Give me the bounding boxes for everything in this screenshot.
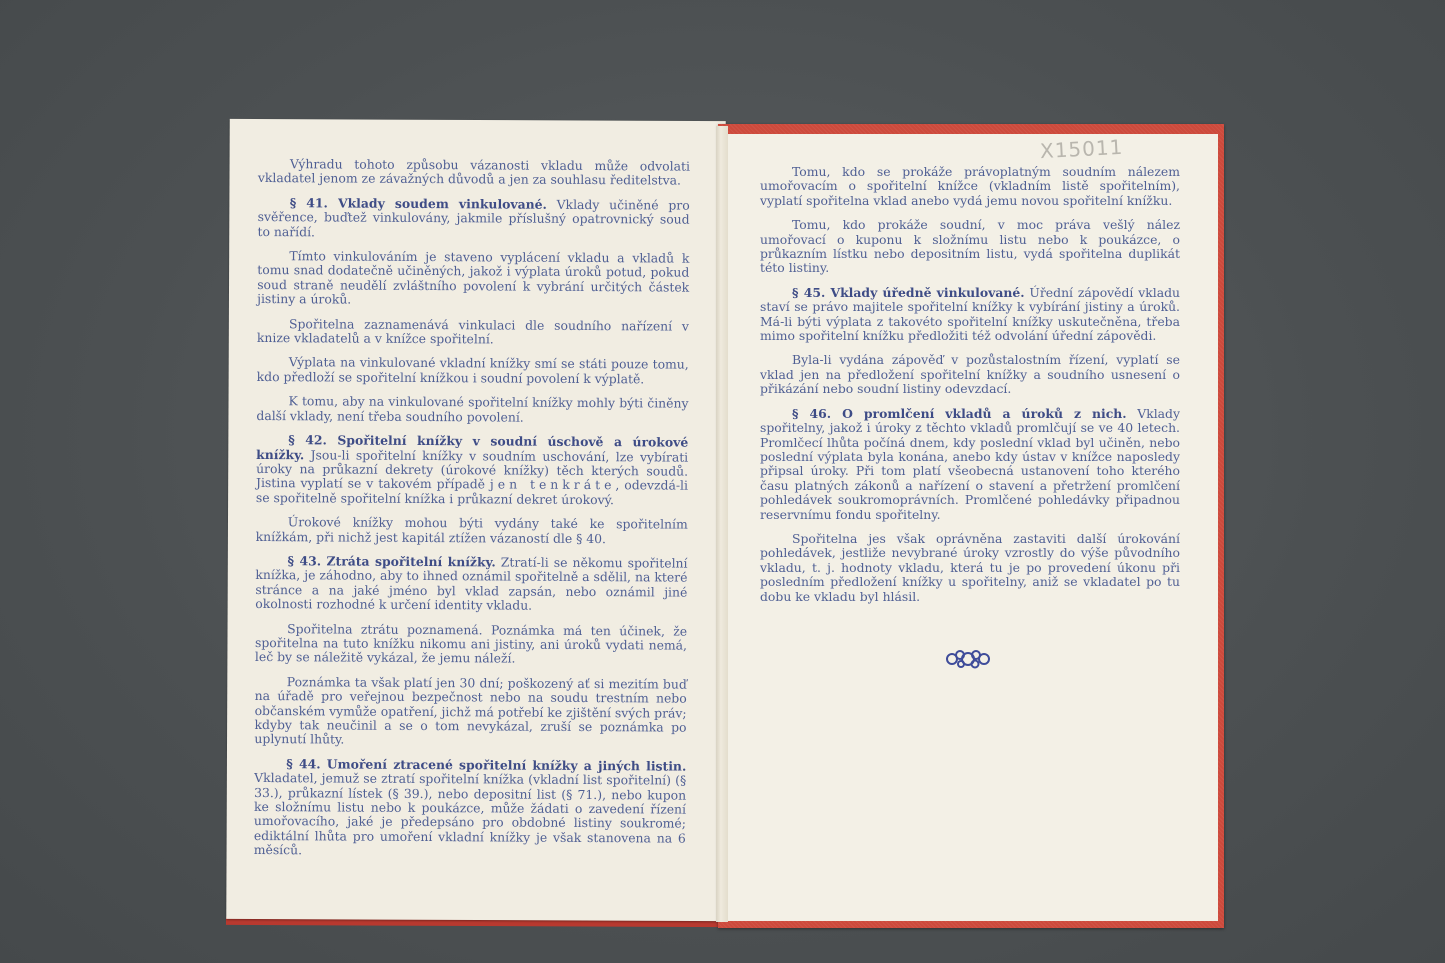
paragraph-text: Úrokové knížky mohou býti vydány také ke… (256, 514, 688, 545)
paragraph-text: Výplata na vinkulované vkladní knížky sm… (257, 355, 689, 387)
paragraph: Tomu, kdo prokáže soudní, v moc práva ve… (760, 218, 1180, 276)
spine-gutter (716, 126, 728, 922)
paragraph-text: Poznámka ta však platí jen 30 dní; poško… (254, 674, 686, 747)
paragraph: Úrokové knížky mohou býti vydány také ke… (256, 515, 688, 546)
paragraph: Spořitelna jes však oprávněna zastaviti … (760, 532, 1180, 604)
section-paragraph: § 44. Umoření ztracené spořitelní knížky… (254, 757, 687, 860)
section-paragraph: § 45. Vklady úředně vinkulované. Úřední … (760, 286, 1180, 344)
paragraph: Spořitelna ztrátu poznamená. Poznámka má… (255, 622, 687, 668)
paragraph: Výplata na vinkulované vkladní knížky sm… (257, 355, 689, 386)
paragraph-text: Vklady spořitelny, jakož i úroky z těcht… (760, 406, 1180, 522)
paragraph-text: Vkladatel, jemuž se ztratí spořitelní kn… (254, 770, 687, 857)
paragraph-text: Tímto vinkulováním je staveno vyplácení … (257, 248, 689, 307)
paragraph: K tomu, aby na vinkulované spořitelní kn… (256, 394, 688, 425)
paragraph-text: Spořitelna zaznamenává vinkulaci dle sou… (257, 316, 689, 347)
section-heading: § 46. O promlčení vkladů a úroků z nich. (792, 406, 1127, 421)
left-page-text: Výhradu tohoto způsobu vázanosti vkladu … (254, 157, 690, 870)
paragraph-text: Spořitelna ztrátu poznamená. Poznámka má… (255, 621, 687, 666)
section-heading: § 45. Vklady úředně vinkulované. (792, 285, 1025, 300)
paragraph: Spořitelna zaznamenává vinkulaci dle sou… (257, 317, 689, 348)
emphasized-text: jen tenkráte (490, 477, 616, 493)
paragraph: Tímto vinkulováním je staveno vyplácení … (257, 249, 689, 309)
paragraph: Výhradu tohoto způsobu vázanosti vkladu … (258, 157, 690, 188)
section-paragraph: § 42. Spořitelní knížky v soudní úschově… (256, 433, 688, 508)
paragraph-text: K tomu, aby na vinkulované spořitelní kn… (256, 393, 688, 424)
paragraph-text: Tomu, kdo se prokáže právoplatným soudní… (760, 164, 1180, 208)
paragraph: Poznámka ta však platí jen 30 dní; poško… (254, 675, 686, 750)
paragraph: Byla-li vydána zápověď v pozůstalostním … (760, 353, 1180, 396)
paragraph-text: Spořitelna jes však oprávněna zastaviti … (760, 531, 1180, 604)
paragraph-text: Byla-li vydána zápověď v pozůstalostním … (760, 352, 1180, 396)
paragraph-text: Tomu, kdo prokáže soudní, v moc práva ve… (760, 217, 1180, 275)
right-page-text: Tomu, kdo se prokáže právoplatným soudní… (760, 165, 1180, 614)
circles-cluster-ornament-icon (944, 648, 992, 670)
section-paragraph: § 43. Ztráta spořitelní knížky. Ztratí-l… (255, 554, 687, 614)
handwritten-inventory-number: X15011 (1039, 135, 1123, 163)
paragraph: Tomu, kdo se prokáže právoplatným soudní… (760, 165, 1180, 208)
section-paragraph: § 41. Vklady soudem vinkulované. Vklady … (257, 196, 689, 242)
paragraph-text: Výhradu tohoto způsobu vázanosti vkladu … (258, 156, 690, 188)
open-booklet: Výhradu tohoto způsobu vázanosti vkladu … (0, 0, 1445, 963)
section-paragraph: § 46. O promlčení vkladů a úroků z nich.… (760, 407, 1180, 522)
